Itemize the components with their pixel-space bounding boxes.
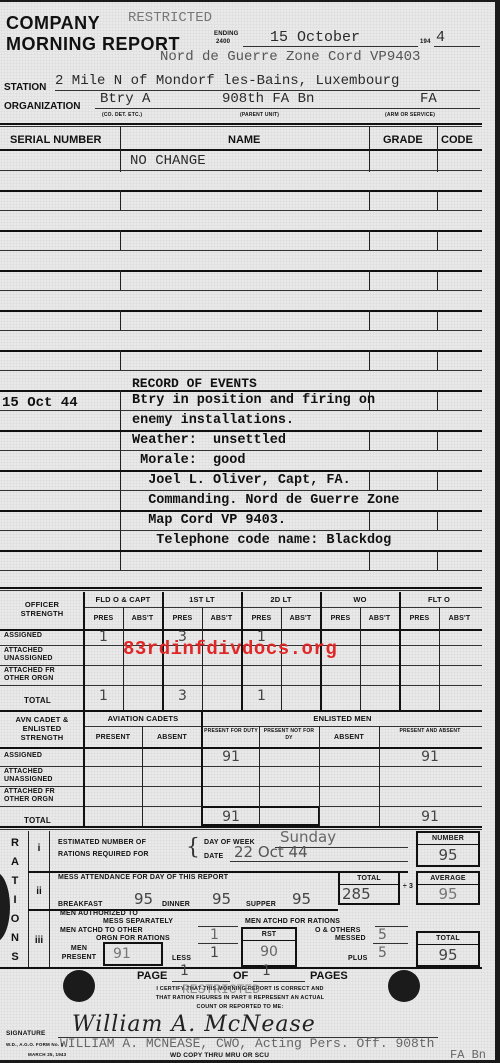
sub-pres: PRES [321, 615, 360, 622]
average-box: AVERAGE 95 [416, 871, 480, 905]
sub-abst: ABS'T [439, 615, 480, 622]
group-flt-o: FLT O [400, 595, 478, 604]
assigned-present-for-duty: 91 [203, 749, 259, 765]
report-date: 15 October [270, 29, 360, 46]
group-2d-lt: 2D LT [242, 595, 320, 604]
sub-abst: ABS'T [123, 615, 162, 622]
section-i-numeral: i [29, 843, 49, 854]
number-value: 95 [418, 845, 478, 865]
rst-box: RST 90 [241, 927, 297, 967]
copy-routing-note: WD COPY THRU MRU OR SCU [170, 1052, 269, 1059]
group-enlisted-men: ENLISTED MEN [203, 714, 482, 723]
rst-label: RST [243, 929, 295, 941]
event-line: Morale: good [132, 453, 245, 468]
punch-hole-left [63, 970, 95, 1002]
o-others-label-1: O & OTHERS [315, 927, 361, 934]
row-total: TOTAL [24, 696, 51, 705]
enlisted-strength-table: AVN CADET & ENLISTED STRENGTH AVIATION C… [0, 712, 482, 828]
typed-name-tail: FA Bn [450, 1048, 486, 1060]
event-date: 15 Oct 44 [2, 395, 78, 411]
page-label: PAGE [137, 970, 167, 982]
group-1st-lt: 1ST LT [163, 595, 241, 604]
section-iii-numeral: iii [29, 935, 49, 946]
signature: William A. McNease [72, 1012, 316, 1037]
o-others-value: 5 [378, 927, 387, 943]
rations-date-value: 22 Oct 44 [234, 843, 308, 861]
signature-label: SIGNATURE [6, 1030, 46, 1037]
letter: N [6, 929, 24, 948]
form-title-line2: MORNING REPORT [6, 34, 180, 55]
of-label: OF [233, 970, 248, 982]
sub-abst: ABS'T [202, 615, 241, 622]
org-parent-caption: (PARENT UNIT) [240, 112, 279, 118]
station-label: STATION [4, 82, 46, 93]
rations-section: R A T I O N S i ESTIMATED NUMBER OF RATI… [0, 831, 482, 967]
row-attached-unassigned: ATTACHED UNASSIGNED [4, 647, 76, 663]
event-line: Joel L. Oliver, Capt, FA. [132, 473, 351, 488]
mess-separately-label-2: MESS SEPARATELY [103, 918, 173, 925]
row-assigned: ASSIGNED [4, 752, 42, 759]
org-parent-unit: 908th FA Bn [222, 91, 314, 107]
men-present-label-2: PRESENT [56, 953, 102, 962]
event-line: Weather: unsettled [132, 433, 286, 448]
restricted-stamp-footer: RESTRICTED [182, 982, 260, 997]
watermark-83rdinfdivdocs: 83rdinfdivdocs.org [123, 638, 337, 660]
ending-time-label: 2400 [216, 39, 230, 45]
mess-total-box: TOTAL 285 [338, 871, 400, 905]
event-line: Telephone code name: Blackdog [132, 533, 391, 548]
form-id: W.D., A.G.O. FORM No. 1 [6, 1042, 63, 1047]
station-value: 2 Mile N of Mondorf les-Bains, Luxembour… [55, 73, 399, 89]
average-label: AVERAGE [418, 873, 478, 885]
col-present-not-for-dy: PRESENT NOT FOR DY [260, 728, 318, 742]
event-line: Btry in position and firing on [132, 393, 375, 408]
men-present-box: 91 [103, 942, 163, 966]
total-value: 285 [340, 885, 398, 903]
row-attached-fr-other-orgn: ATTACHED FR OTHER ORGN [4, 788, 76, 804]
org-arm-caption: (ARM OR SERVICE) [385, 112, 435, 118]
atchd-other-label-1: MEN ATCHD TO OTHER [60, 927, 143, 934]
certify-line-3: COUNT OR REPORTED TO ME: [120, 1004, 360, 1010]
mess-attendance-label: MESS ATTENDANCE FOR DAY OF THIS REPORT [58, 874, 228, 881]
brace-glyph: { [186, 835, 200, 860]
breakfast-label: BREAKFAST [58, 901, 103, 908]
record-of-events-heading: RECORD OF EVENTS [132, 376, 257, 391]
men-present-label: MEN PRESENT [56, 944, 102, 962]
org-arm: FA [420, 91, 437, 107]
plus-value: 5 [378, 945, 387, 961]
average-value: 95 [418, 885, 478, 903]
org-company-caption: (CO. DET. ETC.) [102, 112, 142, 118]
form-date: MARCH 25, 1943 [28, 1052, 66, 1057]
plus-label: PLUS [348, 955, 367, 962]
morning-report-document: COMPANY MORNING REPORT RESTRICTED ENDING… [0, 2, 495, 1060]
less-label: LESS [172, 955, 191, 962]
page-value: 1 [180, 963, 189, 979]
form-title-line1: COMPANY [6, 13, 100, 34]
rst-value: 90 [243, 941, 295, 963]
sub-pres: PRES [400, 615, 439, 622]
letter: R [6, 834, 24, 853]
roster-entry-no-change: NO CHANGE [130, 153, 206, 169]
col-av-present: PRESENT [84, 734, 142, 741]
o-others-label-2: MESSED [335, 935, 366, 942]
rations-required-label-1: ESTIMATED NUMBER OF [58, 839, 146, 846]
supper-value: 95 [292, 890, 311, 908]
col-name: NAME [228, 134, 260, 146]
supper-label: SUPPER [246, 901, 276, 908]
rations-total-value: 95 [418, 945, 478, 965]
restricted-stamp: RESTRICTED [128, 10, 212, 26]
sub-pres: PRES [163, 615, 202, 622]
org-company: Btry A [100, 91, 150, 107]
letter: A [6, 853, 24, 872]
total-2d-lt-pres: 1 [242, 688, 281, 704]
letter: S [6, 948, 24, 967]
col-code: CODE [441, 134, 473, 146]
less-value: 1 [210, 945, 219, 961]
men-atchd-for-rations-label: MEN ATCHD FOR RATIONS [245, 918, 340, 925]
total-label: TOTAL [340, 873, 398, 885]
group-aviation-cadets: AVIATION CADETS [84, 714, 202, 723]
men-present-value: 91 [105, 944, 161, 964]
section-ii-numeral: ii [29, 886, 49, 897]
sub-abst: ABS'T [360, 615, 399, 622]
col-em-absent: ABSENT [320, 734, 378, 741]
ending-label: ENDING [214, 31, 239, 37]
col-serial-number: SERIAL NUMBER [10, 134, 101, 146]
group-fld-o-capt: FLD O & CAPT [84, 595, 162, 604]
location-coordinates: Nord de Guerre Zone Cord VP9403 [160, 49, 420, 65]
atchd-other-label-2: ORGN FOR RATIONS [96, 935, 170, 942]
date-label: DATE [204, 853, 223, 860]
row-attached-fr-other-orgn: ATTACHED FR OTHER ORGN [4, 667, 76, 683]
col-present-and-absent: PRESENT AND ABSENT [380, 728, 480, 735]
letter: T [6, 872, 24, 891]
men-present-label-1: MEN [56, 944, 102, 953]
assigned-fld-o-pres: 1 [84, 629, 123, 645]
rations-number-box: NUMBER 95 [416, 831, 480, 867]
row-attached-unassigned: ATTACHED UNASSIGNED [4, 768, 76, 784]
pages-label: PAGES [310, 970, 348, 982]
officer-strength-title: OFFICER STRENGTH [4, 600, 80, 618]
assigned-present-and-absent: 91 [380, 749, 480, 765]
rations-total-label: TOTAL [418, 933, 478, 945]
sub-abst: ABS'T [281, 615, 320, 622]
organization-label: ORGANIZATION [4, 101, 80, 112]
group-wo: WO [321, 595, 399, 604]
col-present-for-duty: PRESENT FOR DUTY [203, 728, 259, 735]
rations-required-label-2: RATIONS REQUIRED FOR [58, 851, 149, 858]
enlisted-strength-title: AVN CADET & ENLISTED STRENGTH [4, 715, 80, 742]
divide-by-three: ÷ 3 [402, 881, 414, 893]
sub-pres: PRES [84, 615, 123, 622]
mess-separately-label-1: MEN AUTHORIZED TO [60, 910, 138, 917]
total-present-and-absent: 91 [380, 809, 480, 825]
row-total: TOTAL [24, 816, 51, 825]
of-value: 1 [262, 963, 271, 979]
breakfast-value: 95 [134, 890, 153, 908]
number-label: NUMBER [418, 833, 478, 845]
punch-hole-right [388, 970, 420, 1002]
total-1st-lt-pres: 3 [163, 688, 202, 704]
rations-total-box: TOTAL 95 [416, 931, 480, 967]
event-line: Commanding. Nord de Guerre Zone [132, 493, 399, 508]
event-line: Map Cord VP 9403. [132, 513, 286, 528]
dinner-label: DINNER [162, 901, 190, 908]
year-digit: 4 [436, 29, 445, 46]
typed-name-title: WILLIAM A. MCNEASE, CWO, Acting Pers. Of… [60, 1036, 434, 1051]
sub-pres: PRES [242, 615, 281, 622]
col-grade: GRADE [383, 134, 423, 146]
row-assigned: ASSIGNED [4, 632, 42, 639]
event-line: enemy installations. [132, 413, 294, 428]
col-av-absent: ABSENT [143, 734, 201, 741]
total-fld-o-pres: 1 [84, 688, 123, 704]
dinner-value: 95 [212, 890, 231, 908]
atchd-other-value: 1 [210, 927, 219, 943]
year-label: 194 [420, 39, 431, 45]
